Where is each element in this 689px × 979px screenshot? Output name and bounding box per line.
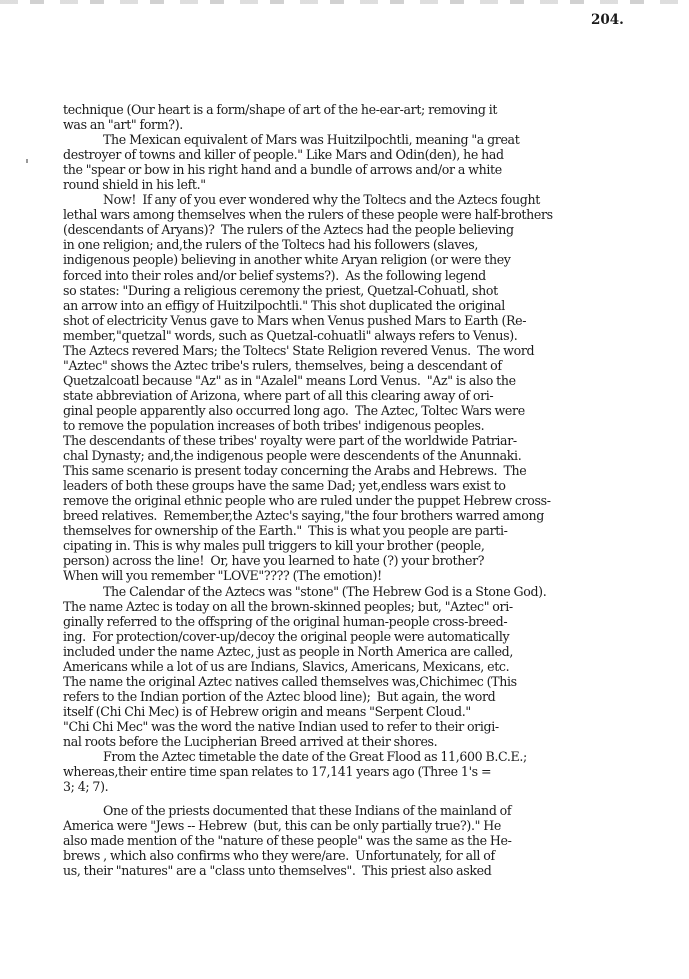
text-line: "Aztec" shows the Aztec tribe's rulers, … bbox=[63, 358, 683, 373]
text-line: so states: "During a religious ceremony … bbox=[63, 283, 683, 298]
text-line: nal roots before the Lucipherian Breed a… bbox=[63, 734, 683, 749]
text-line: Americans while a lot of us are Indians,… bbox=[63, 659, 683, 674]
text-line: The descendants of these tribes' royalty… bbox=[63, 433, 683, 448]
text-line: included under the name Aztec, just as p… bbox=[63, 644, 683, 659]
text-line: ginally referred to the offspring of the… bbox=[63, 614, 683, 629]
text-line: state abbreviation of Arizona, where par… bbox=[63, 388, 683, 403]
document-body: technique (Our heart is a form/shape of … bbox=[63, 102, 683, 878]
text-line: ginal people apparently also occurred lo… bbox=[63, 403, 683, 418]
text-line: "Chi Chi Mec" was the word the native In… bbox=[63, 719, 683, 734]
text-line: One of the priests documented that these… bbox=[63, 803, 683, 818]
text-line: ing. For protection/cover-up/decoy the o… bbox=[63, 629, 683, 644]
scan-edge-artifact bbox=[0, 0, 689, 4]
text-line: an arrow into an effigy of Huitzilpochtl… bbox=[63, 298, 683, 313]
text-line: Now! If any of you ever wondered why the… bbox=[63, 192, 683, 207]
text-line: Quetzalcoatl because "Az" as in "Azalel"… bbox=[63, 373, 683, 388]
text-line: member,"quetzal" words, such as Quetzal-… bbox=[63, 328, 683, 343]
text-line: in one religion; and,the rulers of the T… bbox=[63, 237, 683, 252]
text-line: person) across the line! Or, have you le… bbox=[63, 553, 683, 568]
text-line: The Aztecs revered Mars; the Toltecs' St… bbox=[63, 343, 683, 358]
text-line: was an "art" form?). bbox=[63, 117, 683, 132]
text-line: The name Aztec is today on all the brown… bbox=[63, 599, 683, 614]
text-line: the "spear or bow in his right hand and … bbox=[63, 162, 683, 177]
paragraph: From the Aztec timetable the date of the… bbox=[63, 749, 683, 794]
text-line: cipating in. This is why males pull trig… bbox=[63, 538, 683, 553]
text-line: also made mention of the "nature of thes… bbox=[63, 833, 683, 848]
text-line: brews , which also confirms who they wer… bbox=[63, 848, 683, 863]
text-line: The Mexican equivalent of Mars was Huitz… bbox=[63, 132, 683, 147]
text-line: to remove the population increases of bo… bbox=[63, 418, 683, 433]
text-line: From the Aztec timetable the date of the… bbox=[63, 749, 683, 764]
text-line: technique (Our heart is a form/shape of … bbox=[63, 102, 683, 117]
text-line: The Calendar of the Aztecs was "stone" (… bbox=[63, 584, 683, 599]
paragraph: One of the priests documented that these… bbox=[63, 803, 683, 878]
text-line: chal Dynasty; and,the indigenous people … bbox=[63, 448, 683, 463]
text-line: leaders of both these groups have the sa… bbox=[63, 478, 683, 493]
text-line: 3; 4; 7). bbox=[63, 779, 683, 794]
text-line: whereas,their entire time span relates t… bbox=[63, 764, 683, 779]
text-line: This same scenario is present today conc… bbox=[63, 463, 683, 478]
scan-speck bbox=[26, 159, 28, 163]
text-line: remove the original ethnic people who ar… bbox=[63, 493, 683, 508]
text-line: us, their "natures" are a "class unto th… bbox=[63, 863, 683, 878]
text-line: America were "Jews -- Hebrew (but, this … bbox=[63, 818, 683, 833]
text-line: When will you remember "LOVE"???? (The e… bbox=[63, 568, 683, 583]
text-line: destroyer of towns and killer of people.… bbox=[63, 147, 683, 162]
paragraph: The Calendar of the Aztecs was "stone" (… bbox=[63, 584, 683, 750]
text-line: shot of electricity Venus gave to Mars w… bbox=[63, 313, 683, 328]
paragraph: The Mexican equivalent of Mars was Huitz… bbox=[63, 132, 683, 192]
text-line: forced into their roles and/or belief sy… bbox=[63, 268, 683, 283]
text-line: itself (Chi Chi Mec) is of Hebrew origin… bbox=[63, 704, 683, 719]
text-line: lethal wars among themselves when the ru… bbox=[63, 207, 683, 222]
text-line: refers to the Indian portion of the Azte… bbox=[63, 689, 683, 704]
text-line: (descendants of Aryans)? The rulers of t… bbox=[63, 222, 683, 237]
paragraph: technique (Our heart is a form/shape of … bbox=[63, 102, 683, 132]
text-line: breed relatives. Remember,the Aztec's sa… bbox=[63, 508, 683, 523]
text-line: round shield in his left." bbox=[63, 177, 683, 192]
text-line: indigenous people) believing in another … bbox=[63, 252, 683, 267]
text-line: themselves for ownership of the Earth." … bbox=[63, 523, 683, 538]
text-line: The name the original Aztec natives call… bbox=[63, 674, 683, 689]
paragraph: Now! If any of you ever wondered why the… bbox=[63, 192, 683, 583]
page-number: 204. bbox=[591, 12, 624, 28]
paragraph-gap bbox=[63, 794, 683, 803]
